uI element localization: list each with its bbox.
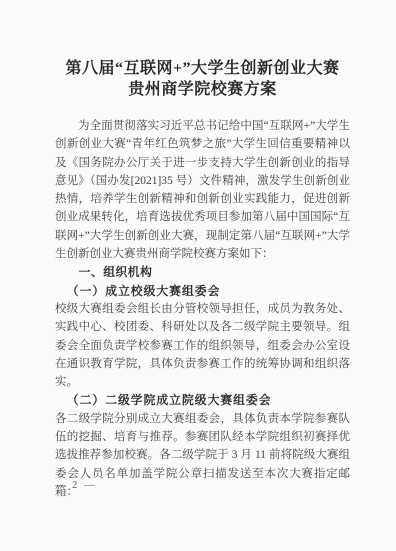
section-heading-organization: 一、组织机构 — [55, 263, 350, 281]
subsection-heading-college-committee: （二）二级学院成立院级大赛组委会 — [55, 391, 350, 409]
paragraph-intro: 为全面贯彻落实习近平总书记给中国“互联网+”大学生创新创业大赛“青年红色筑梦之旅… — [55, 117, 350, 263]
document-title: 第八届“互联网+”大学生创新创业大赛 贵州商学院校赛方案 — [55, 58, 350, 100]
document-title-line1: 第八届“互联网+”大学生创新创业大赛 — [55, 58, 350, 79]
paragraph-campus-committee: 校级大赛组委会组长由分管校领导担任，成员为教务处、实践中心、校团委、科研处以及各… — [55, 300, 350, 391]
document-page: 第八届“互联网+”大学生创新创业大赛 贵州商学院校赛方案 为全面贯彻落实习近平总… — [0, 0, 396, 551]
paragraph-college-committee: 各二级学院分别成立大赛组委会，具体负责本学院参赛队伍的挖掘、培育与推荐。参赛团队… — [55, 410, 350, 501]
subsection-heading-campus-committee: （一）成立校级大赛组委会 — [55, 282, 350, 300]
page-number: — 2 — — [55, 480, 97, 491]
document-title-line2: 贵州商学院校赛方案 — [55, 79, 350, 100]
document-body: 为全面贯彻落实习近平总书记给中国“互联网+”大学生创新创业大赛“青年红色筑梦之旅… — [55, 117, 350, 501]
